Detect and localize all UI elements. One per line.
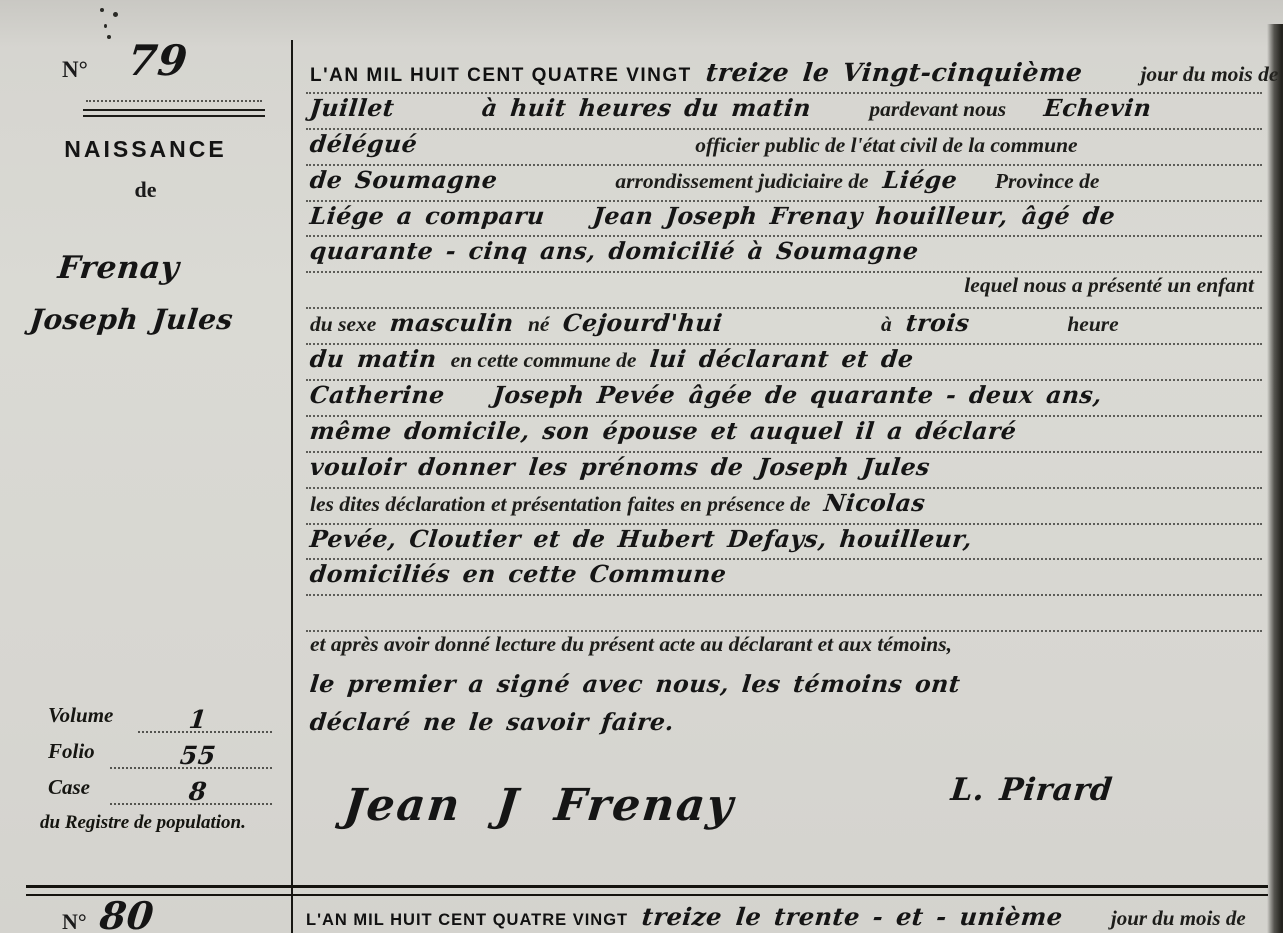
act-line: le premier a signé avec nous, les témoin… — [306, 670, 1262, 708]
spacer — [431, 151, 681, 152]
printed-italic-text: à — [881, 312, 892, 337]
act-line: CatherineJoseph Pevéeâgée de quarante - … — [306, 381, 1262, 417]
spacer — [408, 115, 468, 116]
handwritten-text: Pevée, Cloutier et de Hubert Defays, hou… — [309, 525, 974, 553]
volume-value: 1 — [141, 705, 254, 734]
handwritten-text: Joseph Jules — [756, 453, 931, 481]
act-line: déclaré ne le savoir faire. — [306, 708, 1262, 746]
act-line: du sexemasculinnéCejourd'huiàtroisheure — [306, 309, 1262, 345]
handwritten-text: vouloir donner — [309, 453, 517, 481]
printed-italic-text: lequel nous a présenté un enfant — [964, 273, 1254, 298]
handwritten-text: Nicolas — [823, 489, 927, 517]
act-line: Juilletà huit heures du matinpardevant n… — [306, 94, 1262, 130]
record-type-subtitle: de — [0, 177, 291, 203]
handwritten-text: lui déclarant et de — [649, 345, 916, 373]
printed-italic-text: arrondissement judiciaire de — [615, 169, 868, 194]
printed-italic-text: heure — [1067, 312, 1118, 337]
handwritten-text: Catherine — [309, 381, 447, 409]
printed-caps-text: L'AN MIL HUIT CENT QUATRE VINGT — [306, 911, 628, 930]
spacer — [559, 223, 579, 224]
act-body: L'AN MIL HUIT CENT QUATRE VINGTtreizele … — [306, 58, 1262, 867]
spacer — [825, 115, 855, 116]
handwritten-text: le Vingt-cinquième — [801, 58, 1084, 87]
handwritten-text: de Soumagne — [309, 166, 499, 194]
handwritten-text: âgée de quarante - deux ans, — [687, 381, 1103, 409]
spacer — [1020, 115, 1030, 116]
handwritten-text: Juillet — [309, 94, 396, 122]
register-folio-row: Folio 55 — [48, 739, 272, 774]
printed-italic-text: jour du mois de — [1140, 62, 1278, 87]
spacer — [511, 187, 601, 188]
record-type-title: NAISSANCE — [0, 136, 291, 163]
printed-italic-text: pardevant nous — [869, 97, 1006, 122]
act-line: quarante - cinq ans, domicilié à Soumagn… — [306, 237, 1262, 273]
printed-italic-text: jour du mois de — [1111, 906, 1246, 931]
act-number-label: N° — [62, 57, 88, 83]
handwritten-text: quarante - cinq ans, domicilié à Soumagn… — [309, 237, 920, 265]
next-act-number-value: 80 — [98, 893, 157, 933]
act-line: même domicile, son épouse et auquel il a… — [306, 417, 1262, 453]
column-divider-rule — [291, 40, 293, 933]
folio-label: Folio — [48, 739, 95, 763]
act-line: les dites déclaration et présentation fa… — [306, 489, 1262, 525]
register-case-row: Case 8 — [48, 775, 272, 810]
spacer — [1077, 924, 1097, 925]
handwritten-text: Liége — [881, 166, 958, 194]
register-volume-row: Volume 1 — [48, 703, 272, 738]
handwritten-text: masculin — [389, 309, 516, 337]
declarant-signature: Jean J Frenay — [341, 780, 737, 831]
handwritten-text: même domicile, son épouse et auquel il a… — [309, 417, 1018, 445]
handwritten-text: délégué — [309, 130, 419, 158]
margin-column: N° 79 NAISSANCE de Frenay Joseph Jules V… — [0, 0, 291, 933]
printed-italic-text: Province de — [995, 169, 1099, 194]
register-footer: du Registre de population. — [40, 812, 246, 834]
next-act-number-label: N° — [62, 909, 87, 933]
handwritten-text: Cejourd'hui — [562, 309, 724, 337]
spacer — [737, 330, 867, 331]
folio-value: 55 — [141, 741, 254, 770]
handwritten-text: treize — [641, 902, 724, 931]
act-line: de Soumagnearrondissement judiciaire deL… — [306, 166, 1262, 202]
handwritten-text: Liége a comparu — [309, 202, 547, 230]
child-surname: Frenay — [56, 250, 181, 286]
civil-register-scan: N° 79 NAISSANCE de Frenay Joseph Jules V… — [0, 0, 1283, 933]
case-value: 8 — [141, 777, 254, 806]
next-act-first-line: L'AN MIL HUIT CENT QUATRE VINGTtreizele … — [306, 902, 1262, 931]
child-firstnames: Joseph Jules — [28, 303, 234, 336]
handwritten-text: le premier a signé avec nous, les témoin… — [309, 670, 962, 698]
dotted-rule — [86, 100, 262, 102]
scan-edge-shadow — [1267, 24, 1283, 933]
handwritten-text: le trente - et - unième — [735, 902, 1065, 931]
handwritten-text: trois — [904, 309, 971, 337]
act-line — [306, 596, 1262, 632]
volume-label: Volume — [48, 703, 113, 727]
act-line: Liége a comparuJean Joseph Frenay houill… — [306, 202, 1262, 238]
handwritten-text: Jean Joseph Frenay houilleur, — [591, 202, 1009, 230]
printed-italic-text: et après avoir donné lecture du présent … — [310, 632, 952, 657]
spacer — [971, 187, 981, 188]
printed-caps-text: L'AN MIL HUIT CENT QUATRE VINGT — [310, 65, 692, 87]
handwritten-text: à huit heures du matin — [481, 94, 813, 122]
officer-signature: L. Pirard — [949, 772, 1114, 808]
double-rule — [83, 109, 265, 117]
handwritten-text: âgé de — [1020, 202, 1116, 230]
handwritten-text: Echevin — [1043, 94, 1153, 122]
act-lines: L'AN MIL HUIT CENT QUATRE VINGTtreizele … — [306, 58, 1262, 746]
act-line: lequel nous a présenté un enfant — [306, 273, 1262, 309]
act-line: du matinen cette commune delui déclarant… — [306, 345, 1262, 381]
act-line: L'AN MIL HUIT CENT QUATRE VINGTtreizele … — [306, 58, 1262, 94]
case-label: Case — [48, 775, 90, 799]
printed-italic-text: né — [528, 312, 550, 337]
printed-italic-text: les dites déclaration et présentation fa… — [310, 492, 810, 517]
act-line: vouloir donnerles prénoms deJoseph Jules — [306, 453, 1262, 489]
handwritten-text: du matin — [309, 345, 439, 373]
spacer — [983, 330, 1053, 331]
act-line: déléguéofficier public de l'état civil d… — [306, 130, 1262, 166]
handwritten-text: treize — [704, 58, 790, 87]
handwritten-text: domiciliés en cette Commune — [309, 560, 728, 588]
handwritten-text: les prénoms de — [528, 453, 745, 481]
spacer — [1096, 80, 1126, 81]
act-number-value: 79 — [125, 36, 190, 85]
spacer — [459, 402, 479, 403]
act-line: Pevée, Cloutier et de Hubert Defays, hou… — [306, 525, 1262, 561]
handwritten-text: déclaré ne le savoir faire. — [309, 708, 676, 736]
act-line: domiciliés en cette Commune — [306, 560, 1262, 596]
record-separator-rule — [26, 885, 1268, 896]
handwritten-text: Joseph Pevée — [491, 381, 676, 409]
printed-italic-text: du sexe — [310, 312, 376, 337]
printed-italic-text: en cette commune de — [451, 348, 637, 373]
act-line: et après avoir donné lecture du présent … — [306, 632, 1262, 670]
signature-row: Jean J Frenay L. Pirard — [306, 772, 1262, 867]
printed-italic-text: officier public de l'état civil de la co… — [695, 133, 1077, 158]
